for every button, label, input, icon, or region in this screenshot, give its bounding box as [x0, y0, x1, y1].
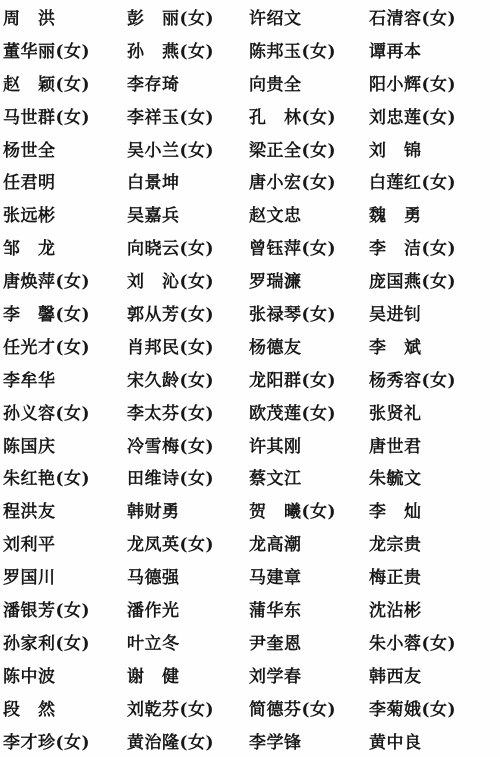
name-cell: 魏 勇 — [369, 197, 500, 230]
name-cell: 周 洪 — [3, 0, 127, 33]
name-cell: 蒲华东 — [249, 592, 369, 625]
name-cell: 朱毓文 — [369, 460, 500, 493]
name-cell: 刘 锦 — [369, 132, 500, 165]
name-cell: 谢 健 — [127, 658, 249, 691]
name-cell: 李学锋 — [249, 724, 369, 757]
name-cell: 尹奎恩 — [249, 625, 369, 658]
name-cell: 韩财勇 — [127, 493, 249, 526]
name-cell: 赵文忠 — [249, 197, 369, 230]
name-cell: 李 灿 — [369, 493, 500, 526]
name-cell: 梅正贵 — [369, 559, 500, 592]
name-cell: 龙宗贵 — [369, 526, 500, 559]
name-cell: 罗瑞濂 — [249, 263, 369, 296]
name-cell: 孔 林(女) — [249, 99, 369, 132]
name-cell: 阳小辉(女) — [369, 66, 500, 99]
name-cell: 黄治隆(女) — [127, 724, 249, 757]
name-cell: 曾钰萍(女) — [249, 230, 369, 263]
name-cell: 潘银芳(女) — [3, 592, 127, 625]
name-cell: 刘忠莲(女) — [369, 99, 500, 132]
name-cell: 段 然 — [3, 691, 127, 724]
name-cell: 向晓云(女) — [127, 230, 249, 263]
name-cell: 朱红艳(女) — [3, 460, 127, 493]
name-cell: 吴小兰(女) — [127, 132, 249, 165]
name-cell: 黄中良 — [369, 724, 500, 757]
name-cell: 沈沾彬 — [369, 592, 500, 625]
name-cell: 李牟华 — [3, 362, 127, 395]
name-cell: 冷雪梅(女) — [127, 428, 249, 461]
name-cell: 张远彬 — [3, 197, 127, 230]
name-cell: 任君明 — [3, 164, 127, 197]
name-cell: 唐世君 — [369, 428, 500, 461]
name-cell: 董华丽(女) — [3, 33, 127, 66]
name-cell: 罗国川 — [3, 559, 127, 592]
name-cell: 张贤礼 — [369, 395, 500, 428]
name-cell: 任光才(女) — [3, 329, 127, 362]
name-cell: 吴进钊 — [369, 296, 500, 329]
name-cell: 梁正全(女) — [249, 132, 369, 165]
name-cell: 田维诗(女) — [127, 460, 249, 493]
name-cell: 贺 曦(女) — [249, 493, 369, 526]
name-cell: 杨德友 — [249, 329, 369, 362]
name-cell: 简德芬(女) — [249, 691, 369, 724]
name-cell: 孙家利(女) — [3, 625, 127, 658]
name-cell: 刘 沁(女) — [127, 263, 249, 296]
name-cell: 欧茂莲(女) — [249, 395, 369, 428]
name-cell: 龙凤英(女) — [127, 526, 249, 559]
name-cell: 孙义容(女) — [3, 395, 127, 428]
name-cell: 彭 丽(女) — [127, 0, 249, 33]
name-cell: 白景坤 — [127, 164, 249, 197]
name-cell: 潘作光 — [127, 592, 249, 625]
name-cell: 郭从芳(女) — [127, 296, 249, 329]
name-cell: 龙高潮 — [249, 526, 369, 559]
name-cell: 李存琦 — [127, 66, 249, 99]
name-cell: 马建章 — [249, 559, 369, 592]
name-cell: 张禄琴(女) — [249, 296, 369, 329]
name-cell: 向贵全 — [249, 66, 369, 99]
name-cell: 唐焕萍(女) — [3, 263, 127, 296]
name-cell: 李太芬(女) — [127, 395, 249, 428]
name-cell: 李 洁(女) — [369, 230, 500, 263]
name-cell: 韩西友 — [369, 658, 500, 691]
name-cell: 朱小蓉(女) — [369, 625, 500, 658]
name-list: 周 洪彭 丽(女)许绍文石清容(女)董华丽(女)孙 燕(女)陈邦玉(女)谭再本赵… — [3, 0, 500, 756]
name-cell: 李 馨(女) — [3, 296, 127, 329]
name-cell: 刘利平 — [3, 526, 127, 559]
name-cell: 马德强 — [127, 559, 249, 592]
document-page: 周 洪彭 丽(女)许绍文石清容(女)董华丽(女)孙 燕(女)陈邦玉(女)谭再本赵… — [0, 0, 500, 757]
name-cell: 陈邦玉(女) — [249, 33, 369, 66]
name-cell: 庞国燕(女) — [369, 263, 500, 296]
name-cell: 蔡文江 — [249, 460, 369, 493]
name-cell: 邹 龙 — [3, 230, 127, 263]
name-cell: 叶立冬 — [127, 625, 249, 658]
name-cell: 李祥玉(女) — [127, 99, 249, 132]
name-cell: 唐小宏(女) — [249, 164, 369, 197]
name-cell: 刘乾芬(女) — [127, 691, 249, 724]
name-cell: 谭再本 — [369, 33, 500, 66]
name-cell: 李才珍(女) — [3, 724, 127, 757]
name-cell: 孙 燕(女) — [127, 33, 249, 66]
name-cell: 宋久龄(女) — [127, 362, 249, 395]
name-cell: 吴嘉兵 — [127, 197, 249, 230]
name-cell: 石清容(女) — [369, 0, 500, 33]
name-cell: 赵 颖(女) — [3, 66, 127, 99]
name-cell: 程洪友 — [3, 493, 127, 526]
name-cell: 刘学春 — [249, 658, 369, 691]
name-cell: 陈国庆 — [3, 428, 127, 461]
name-cell: 马世群(女) — [3, 99, 127, 132]
name-cell: 肖邦民(女) — [127, 329, 249, 362]
name-cell: 龙阳群(女) — [249, 362, 369, 395]
name-cell: 李菊娥(女) — [369, 691, 500, 724]
name-cell: 李 斌 — [369, 329, 500, 362]
name-cell: 许绍文 — [249, 0, 369, 33]
name-cell: 白莲红(女) — [369, 164, 500, 197]
name-cell: 陈中波 — [3, 658, 127, 691]
name-cell: 杨世全 — [3, 132, 127, 165]
name-cell: 许其刚 — [249, 428, 369, 461]
name-cell: 杨秀容(女) — [369, 362, 500, 395]
